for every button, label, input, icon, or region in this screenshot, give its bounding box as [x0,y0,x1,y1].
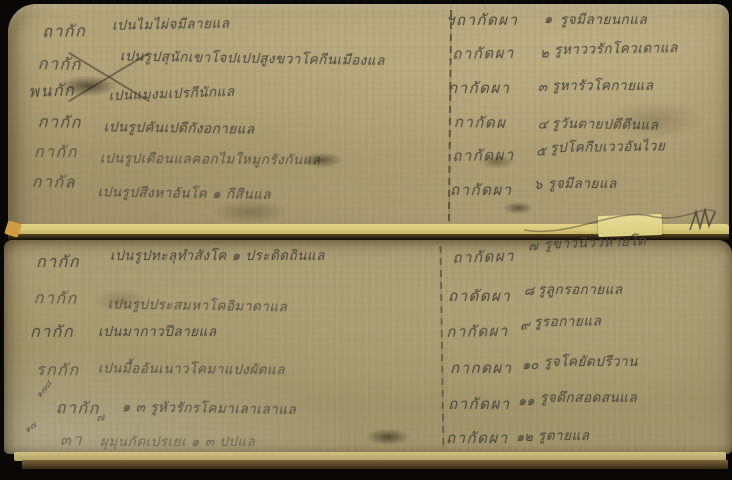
manuscript-scan: ถากัก เปนไมไผ่จมีลายแล กากัก เปนรูปสุนัก… [0,0,732,480]
entry-text: เปนแมงมเปรกีนักแล [108,80,235,106]
entry-text: เปนรูปทะลุทำสังโค ๑ ประดิดถินแล [110,244,325,266]
entry-number: ๗ [528,235,539,256]
entry-number: ๙ [520,315,530,336]
entry-text: รูวันตายปดีดีนแล [552,112,659,136]
entry-text: เปนรูปเดือนแลคอกไมใหมูกรังกันแล [100,147,321,171]
entry-number: ๓ [538,76,547,97]
entry-text: เปนมื้ออันเนาวโคมาแปงผัดแล [98,357,285,381]
entry-label: กากดผา [450,356,513,380]
paper-texture [4,240,732,454]
entry-text: รูตายแล [538,424,589,446]
entry-text: รูหาววรักโควเดาแล [554,36,678,60]
entry-text: ผุมุนกัดเปรเยเ ๑ ๓ ปปแล [100,430,255,452]
entry-number: ๑๒ [516,426,533,447]
entry-text: รูขาวนิววหายโด [544,229,647,255]
entry-text: เปนรูปสีงหาอันโค ๑ กีสีนแล [97,180,271,205]
entry-text: รูรอกายแล [534,309,602,332]
entry-label: ถากัดผา [452,244,515,270]
entry-text: รูจมีลายแล [548,172,617,194]
entry-label: กากัก [36,250,80,275]
entry-label: กากัดผ [454,110,507,135]
entry-label: ถากัดผา [452,41,515,66]
entry-label: กากัดผา [448,76,511,100]
entry-text: เปนรูปประสมหาโคอิมาดาแล [108,292,288,317]
entry-label: กากัล [32,170,77,196]
entry-number: ๔ [538,113,548,134]
entry-text: รูหารัวโคกายแล [552,74,653,96]
entry-text: รูจโคยัดปรีวาน [544,350,638,372]
entry-label: ถากัดผา [452,143,515,168]
entry-label: กากัดผา [446,319,509,344]
entry-label: ๓า [60,428,83,453]
entry-text: เปนไมไผ่จมีลายแล [112,12,230,36]
entry-text: รูปโคกีบเววอันไวย [550,134,666,158]
entry-text: เปนมากาวปีลายแล [98,320,217,342]
entry-label: ฯถากัดผา [446,8,518,32]
entry-label: ถากัก [42,19,86,45]
entry-number: ๒ [540,42,549,63]
entry-text: รูจดึกสอดสนแล [540,386,637,408]
entry-label: ถากัดผา [450,178,513,202]
entry-text: รูลูกรอกายแล [538,278,623,300]
page-bottom [4,240,732,454]
entry-text: เปนรูปสุนักเขาโจปเปปสูงขวาโคกีนเมืองแล [120,44,385,71]
entry-number: ๘ [524,280,534,301]
entry-text: รูจมีลายนกแล [560,8,647,30]
entry-number: ๖ [534,174,542,195]
entry-label: ถากัดผา [446,426,509,450]
entry-label: ถากัดผา [448,392,511,416]
entry-label: กากัก [38,110,82,136]
entry-label: กากัก [34,286,78,312]
entry-number: ๕ [536,140,546,161]
entry-text: ๑ ๓ รูหัวรักรโคมาเลาเลาแล [122,395,297,420]
entry-label: กากัก [34,140,78,165]
entry-label: ถาดัดผา [448,284,511,308]
entry-label: กากัก [30,320,74,345]
entry-number: ๑๐ [522,354,538,375]
entry-number: ๑๑ [518,390,535,411]
entry-number: ๑ [544,8,552,29]
stack-edge-shadow [22,460,728,469]
entry-text: เปนรูปคันเปดีกังอกายแล [104,115,255,140]
